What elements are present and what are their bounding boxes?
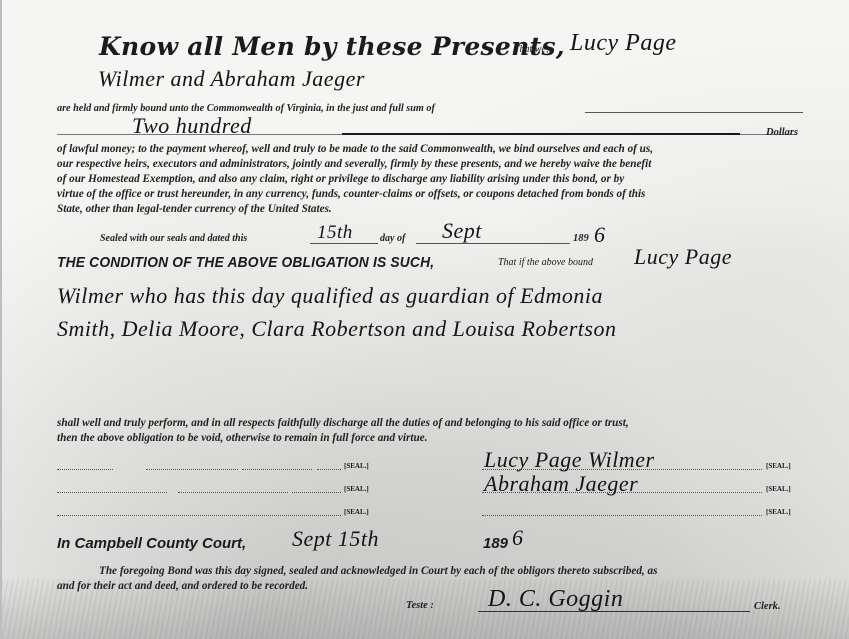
acknowledgment-line-2: and for their act and deed, and ordered … (57, 579, 308, 594)
seal-label-left-2: [SEAL.] (344, 485, 369, 493)
seal-left-1b (146, 469, 238, 470)
perform-line-1: shall well and truly perform, and in all… (57, 416, 629, 431)
year-printed: 189 (573, 231, 589, 246)
month-handwritten: Sept (442, 218, 482, 244)
body-line-4: virtue of the office or trust hereunder,… (57, 187, 645, 202)
court-year-handwritten: 6 (512, 525, 524, 551)
seal-label-left-3: [SEAL.] (344, 508, 369, 516)
day-of-label: day of (380, 231, 405, 246)
court-label: In Campbell County Court, (57, 535, 246, 552)
seal-left-2a (57, 492, 167, 493)
seal-label-left-1: [SEAL.] (344, 462, 369, 470)
clerk-label: Clerk. (754, 599, 781, 614)
body-line-5: State, other than legal-tender currency … (57, 202, 332, 217)
sum-handwritten: Two hundred (132, 113, 252, 139)
condition-handwritten-1: Lucy Page (634, 244, 732, 270)
signature-line-3 (482, 515, 762, 516)
that-we-label: That we, (514, 44, 548, 55)
teste-label: Teste : (406, 598, 434, 613)
sum-blank-line (585, 112, 803, 113)
sealed-prefix: Sealed with our seals and dated this (100, 231, 247, 246)
sum-strike (342, 133, 740, 135)
condition-heading: THE CONDITION OF THE ABOVE OBLIGATION IS… (57, 254, 434, 271)
condition-handwritten-2: Wilmer who has this day qualified as gua… (57, 283, 603, 309)
seal-left-3 (57, 515, 341, 516)
day-handwritten: 15th (317, 222, 353, 244)
signature-abraham-jaeger: Abraham Jaeger (484, 471, 638, 497)
seal-left-1a (57, 469, 113, 470)
seal-left-2c (292, 492, 341, 493)
body-line-1: of lawful money; to the payment whereof,… (57, 142, 653, 157)
dollars-label: Dollars (766, 125, 798, 140)
condition-handwritten-3: Smith, Delia Moore, Clara Robertson and … (57, 316, 616, 342)
seal-label-right-1: [SEAL.] (766, 462, 791, 470)
seal-left-2b (178, 492, 288, 493)
seal-label-right-3: [SEAL.] (766, 508, 791, 516)
document-heading: Know all Men by these Presents, (99, 32, 565, 61)
body-line-2: our respective heirs, executors and admi… (57, 157, 651, 172)
seal-label-right-2: [SEAL.] (766, 485, 791, 493)
clerk-signature: D. C. Goggin (488, 586, 623, 613)
seal-left-1c (242, 469, 312, 470)
acknowledgment-line-1: The foregoing Bond was this day signed, … (99, 564, 657, 579)
condition-lead-in: That if the above bound (498, 257, 593, 268)
body-line-3: of our Homestead Exemption, and also any… (57, 172, 624, 187)
perform-line-2: then the above obligation to be void, ot… (57, 431, 427, 446)
seal-left-1d (317, 469, 341, 470)
year-handwritten: 6 (594, 222, 606, 248)
signature-lucy-page-wilmer: Lucy Page Wilmer (484, 447, 655, 473)
court-year-printed: 189 (483, 535, 508, 552)
bond-document: Know all Men by these Presents, That we,… (0, 0, 849, 639)
month-blank (416, 243, 570, 244)
obligors-handwritten-1: Lucy Page (570, 30, 676, 57)
court-date-handwritten: Sept 15th (292, 526, 379, 552)
obligors-handwritten-2: Wilmer and Abraham Jaeger (98, 66, 365, 92)
